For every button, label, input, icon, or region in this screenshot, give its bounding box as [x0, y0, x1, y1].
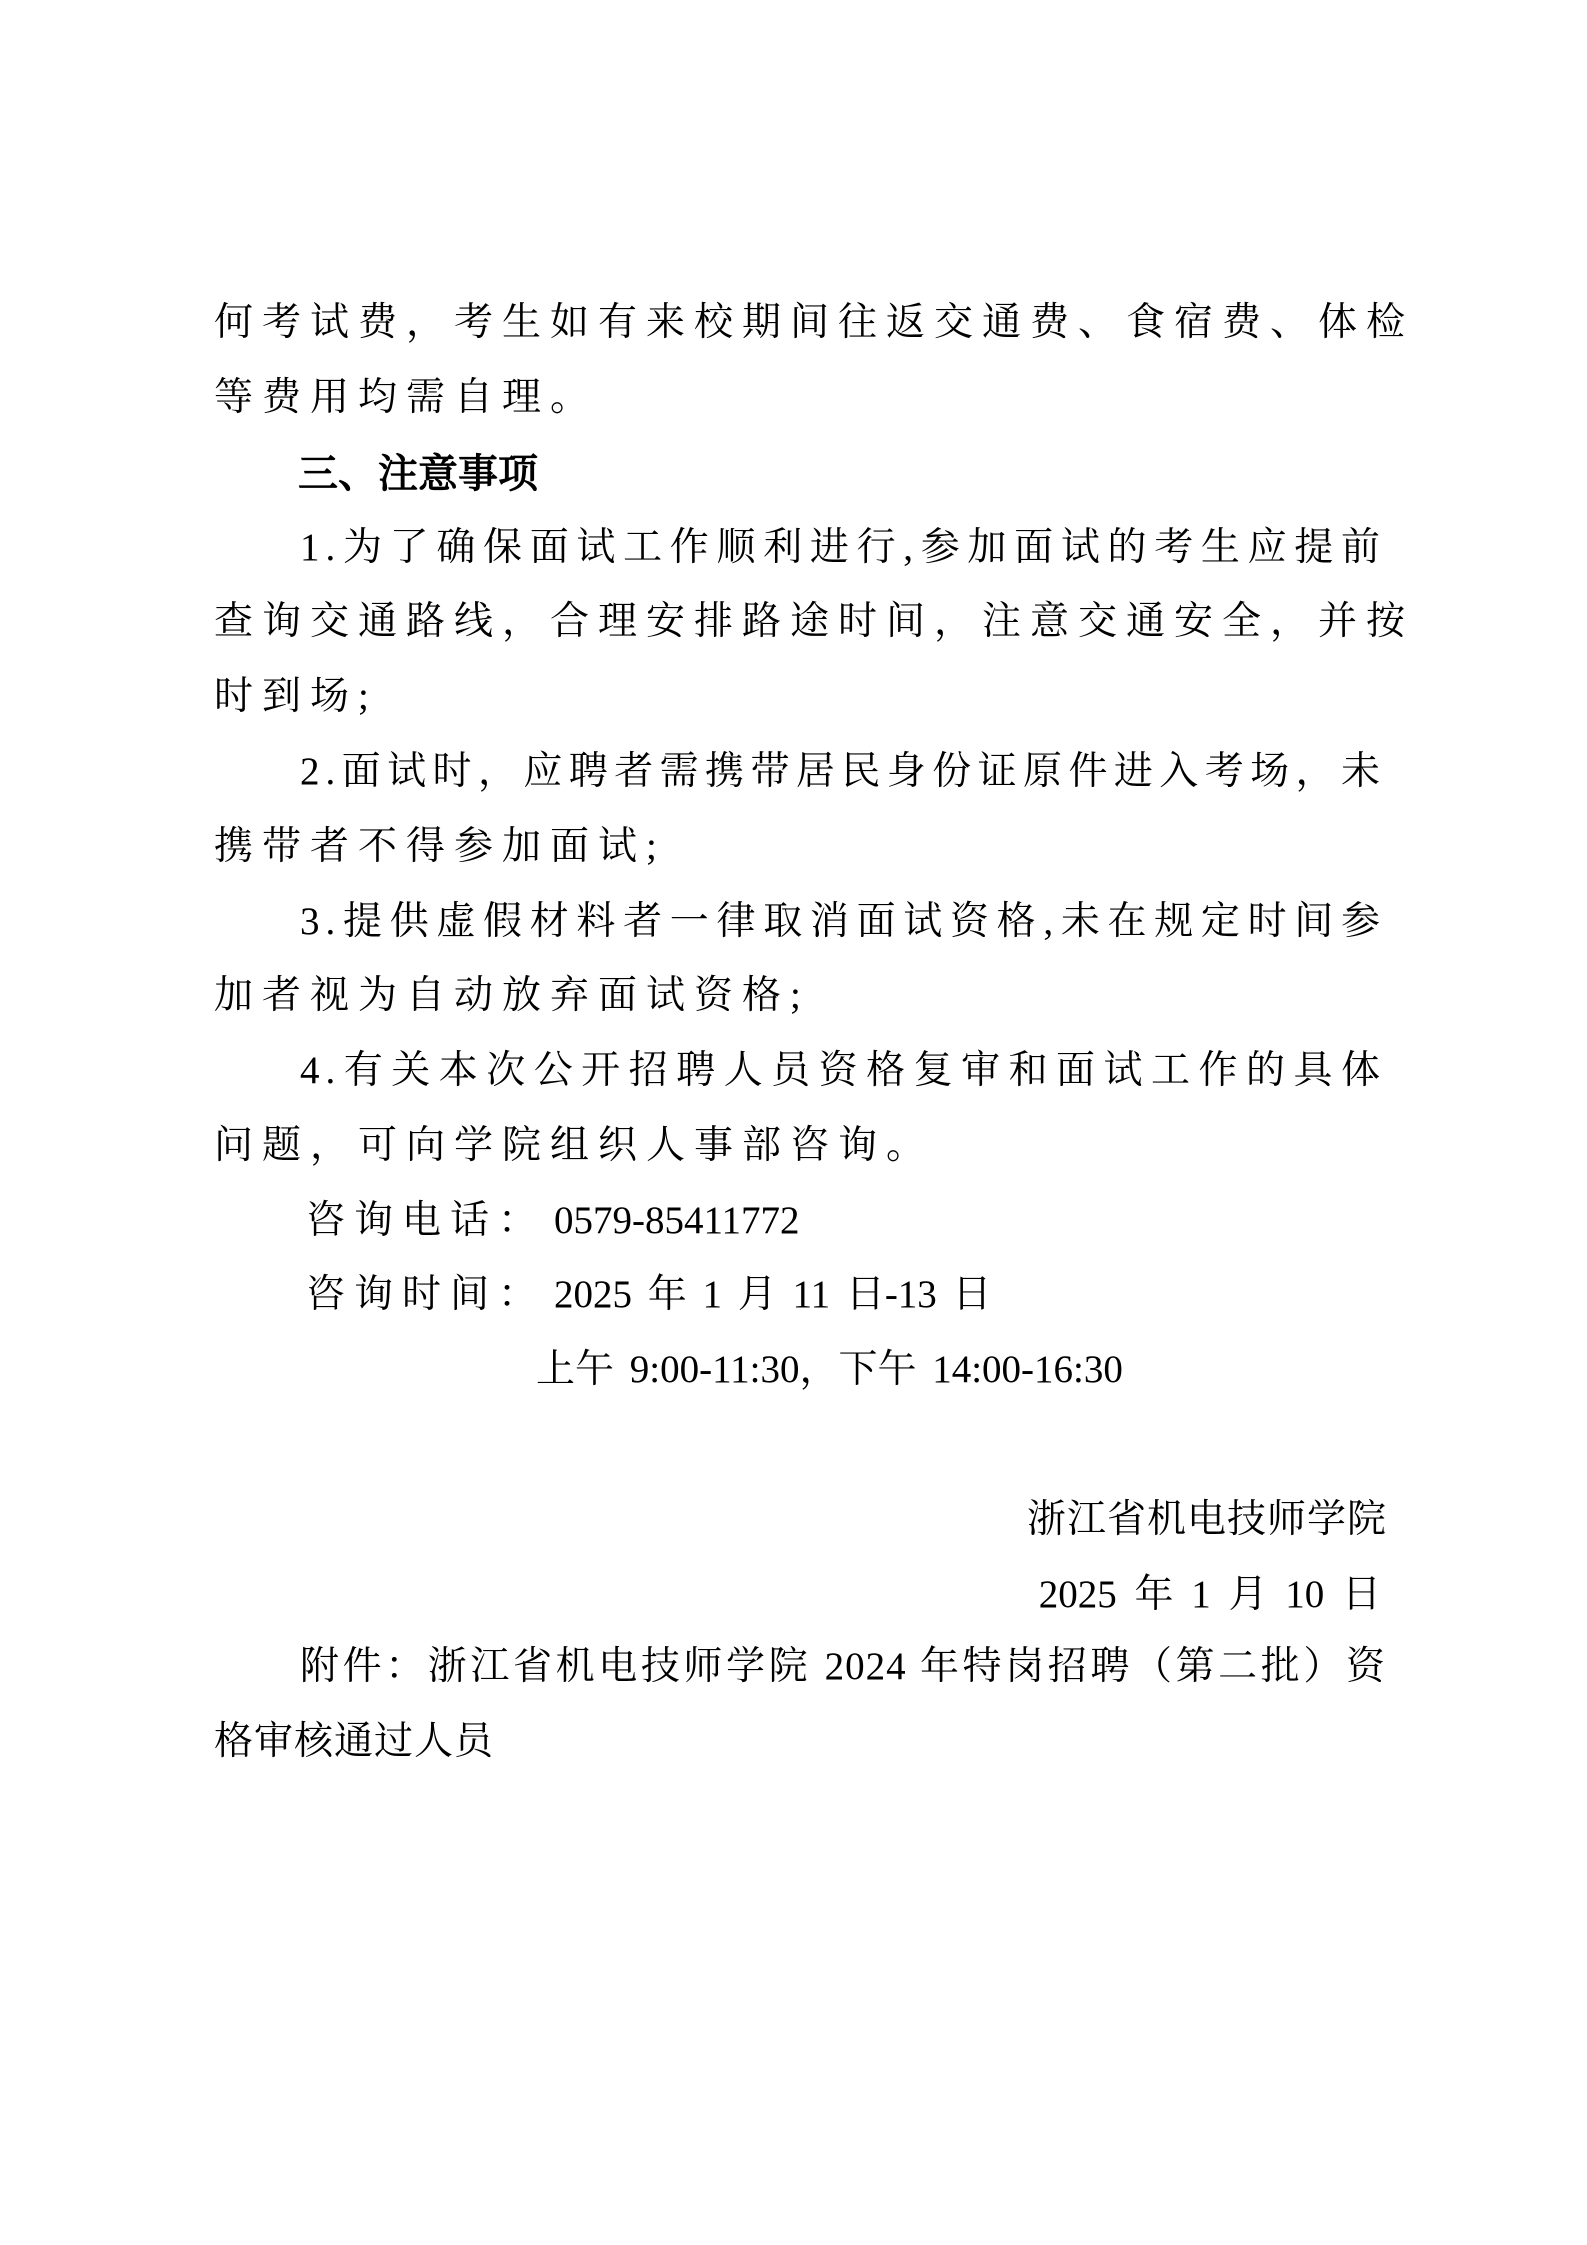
item-4-line-1: 4.有关本次公开招聘人员资格复审和面试工作的具体	[300, 1047, 1386, 1095]
contact-phone-row: 咨询电话：0579-85411772	[306, 1197, 800, 1245]
contact-phone-value: 0579-85411772	[554, 1199, 800, 1242]
item-1-line-3: 时到场;	[214, 673, 378, 721]
item-1-line-1: 1.为了确保面试工作顺利进行,参加面试的考生应提前	[300, 524, 1386, 572]
contact-time-hours: 上午 9:00-11:30，下午 14:00-16:30	[536, 1346, 1123, 1394]
item-2-line-1: 2.面试时，应聘者需携带居民身份证原件进入考场，未	[300, 748, 1386, 796]
document-page: 何考试费，考生如有来校期间往返交通费、食宿费、体检 等费用均需自理。 三、注意事…	[0, 0, 1587, 2245]
contact-time-row: 咨询时间：2025 年 1 月 11 日-13 日	[306, 1271, 992, 1319]
section-heading-notes: 三、注意事项	[298, 450, 538, 498]
contact-time-label: 咨询时间：	[306, 1273, 546, 1316]
item-2-line-2: 携带者不得参加面试;	[214, 823, 666, 871]
attachment-line-1: 附件：浙江省机电技师学院 2024 年特岗招聘（第二批）资	[300, 1643, 1386, 1691]
attachment-line-2: 格审核通过人员	[214, 1718, 494, 1766]
item-3-line-1: 3.提供虚假材料者一律取消面试资格,未在规定时间参	[300, 898, 1386, 946]
fees-paragraph-line-1: 何考试费，考生如有来校期间往返交通费、食宿费、体检	[214, 299, 1386, 347]
item-3-line-2: 加者视为自动放弃面试资格;	[214, 972, 810, 1020]
contact-time-date: 2025 年 1 月 11 日-13 日	[554, 1273, 992, 1316]
fees-paragraph-line-2: 等费用均需自理。	[214, 374, 598, 422]
signature-organization: 浙江省机电技师学院	[1027, 1496, 1387, 1544]
signature-date: 2025 年 1 月 10 日	[1039, 1571, 1381, 1619]
item-1-line-2: 查询交通路线，合理安排路途时间，注意交通安全，并按	[214, 598, 1386, 646]
item-4-line-2: 问题，可向学院组织人事部咨询。	[214, 1122, 934, 1170]
contact-phone-label: 咨询电话：	[306, 1199, 546, 1242]
